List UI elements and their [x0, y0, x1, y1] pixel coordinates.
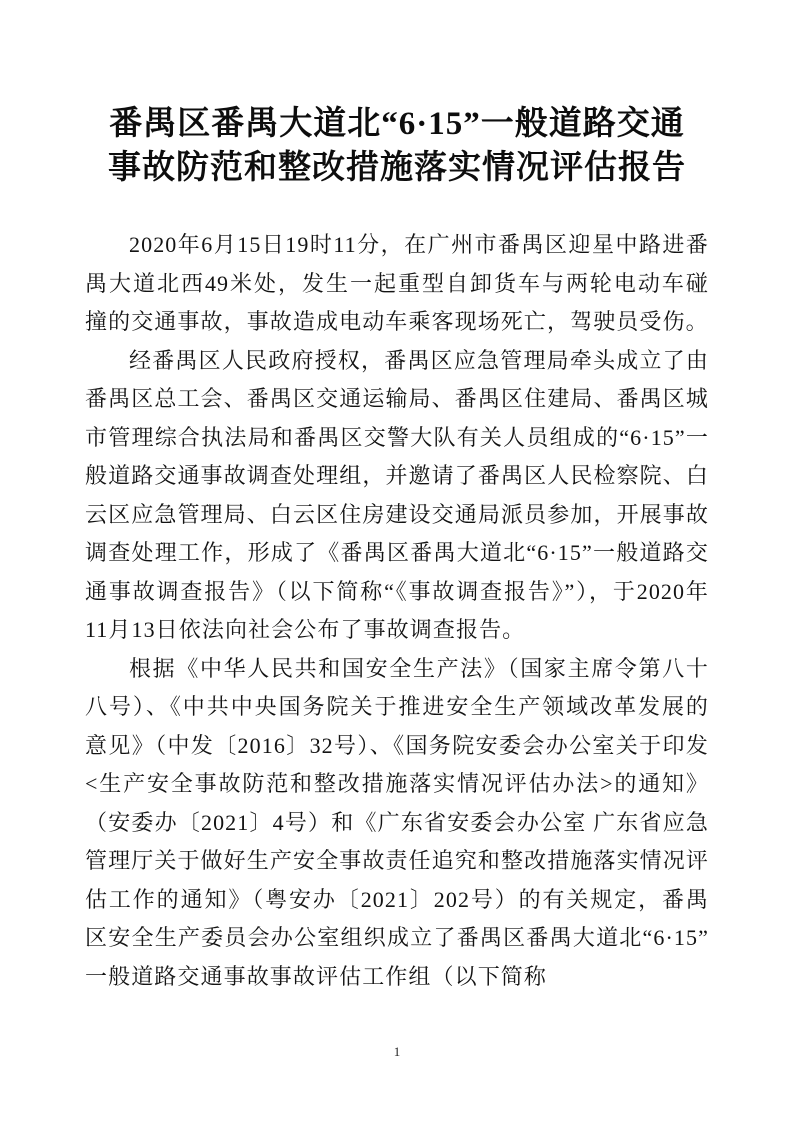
document-title-line-1: 番禺区番禺大道北“6·15”一般道路交通 [85, 102, 709, 146]
document-page: 番禺区番禺大道北“6·15”一般道路交通 事故防范和整改措施落实情况评估报告 2… [0, 0, 794, 1123]
page-number: 1 [0, 1044, 794, 1060]
document-title-line-2: 事故防范和整改措施落实情况评估报告 [85, 146, 709, 190]
paragraph-investigation-group: 经番禺区人民政府授权，番禺区应急管理局牵头成立了由番禺区总工会、番禺区交通运输局… [85, 342, 709, 650]
paragraph-accident-summary: 2020年6月15日19时11分，在广州市番禺区迎星中路进番禺大道北西49米处，… [85, 226, 709, 342]
document-title: 番禺区番禺大道北“6·15”一般道路交通 事故防范和整改措施落实情况评估报告 [85, 102, 709, 190]
paragraph-legal-basis: 根据《中华人民共和国安全生产法》（国家主席令第八十八号）、《中共中央国务院关于推… [85, 650, 709, 997]
document-body: 2020年6月15日19时11分，在广州市番禺区迎星中路进番禺大道北西49米处，… [85, 226, 709, 996]
document-content: 番禺区番禺大道北“6·15”一般道路交通 事故防范和整改措施落实情况评估报告 2… [85, 102, 709, 996]
